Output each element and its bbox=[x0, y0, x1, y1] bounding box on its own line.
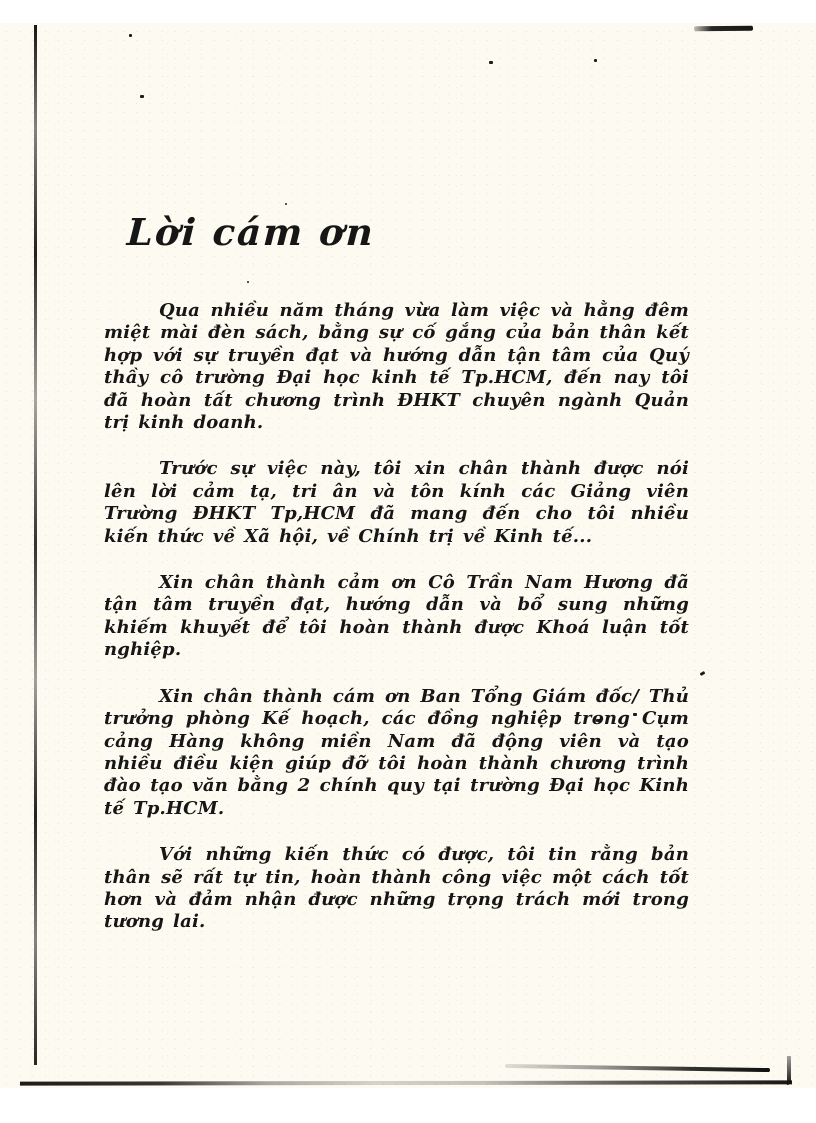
paragraph-5: Với những kiến thức có được, tôi tin rằn… bbox=[104, 844, 689, 934]
paragraph-2: Trước sự việc này, tôi xin chân thành đư… bbox=[104, 458, 689, 548]
paragraph-3: Xin chân thành cảm ơn Cô Trần Nam Hương … bbox=[104, 572, 689, 662]
scan-artifact-bottom-right-line bbox=[505, 1064, 770, 1072]
scanner-edge-bottom bbox=[0, 1088, 816, 1123]
scanner-edge-top bbox=[0, 0, 816, 23]
paragraph-1: Qua nhiều năm tháng vừa làm việc và hằng… bbox=[104, 300, 689, 434]
scan-speck bbox=[489, 61, 493, 64]
acknowledgements-content: Lời cám ơn Qua nhiều năm tháng vừa làm v… bbox=[104, 212, 689, 958]
scan-speck bbox=[140, 95, 144, 98]
paragraph-4: Xin chân thành cám ơn Ban Tổng Giám đốc/… bbox=[104, 686, 689, 820]
scan-artifact-top-right-mark bbox=[694, 26, 753, 32]
scan-artifact-bottom-edge-line bbox=[20, 1080, 792, 1085]
scan-artifact-left-vertical-line bbox=[34, 25, 37, 1065]
scan-artifact-bottom-right-corner bbox=[787, 1056, 791, 1085]
scan-speck bbox=[285, 203, 287, 205]
scan-speck bbox=[700, 671, 706, 676]
scan-speck bbox=[594, 59, 597, 62]
scanned-paper-background: Lời cám ơn Qua nhiều năm tháng vừa làm v… bbox=[0, 0, 816, 1123]
page-title: Lời cám ơn bbox=[126, 212, 690, 253]
scan-speck bbox=[129, 34, 132, 37]
